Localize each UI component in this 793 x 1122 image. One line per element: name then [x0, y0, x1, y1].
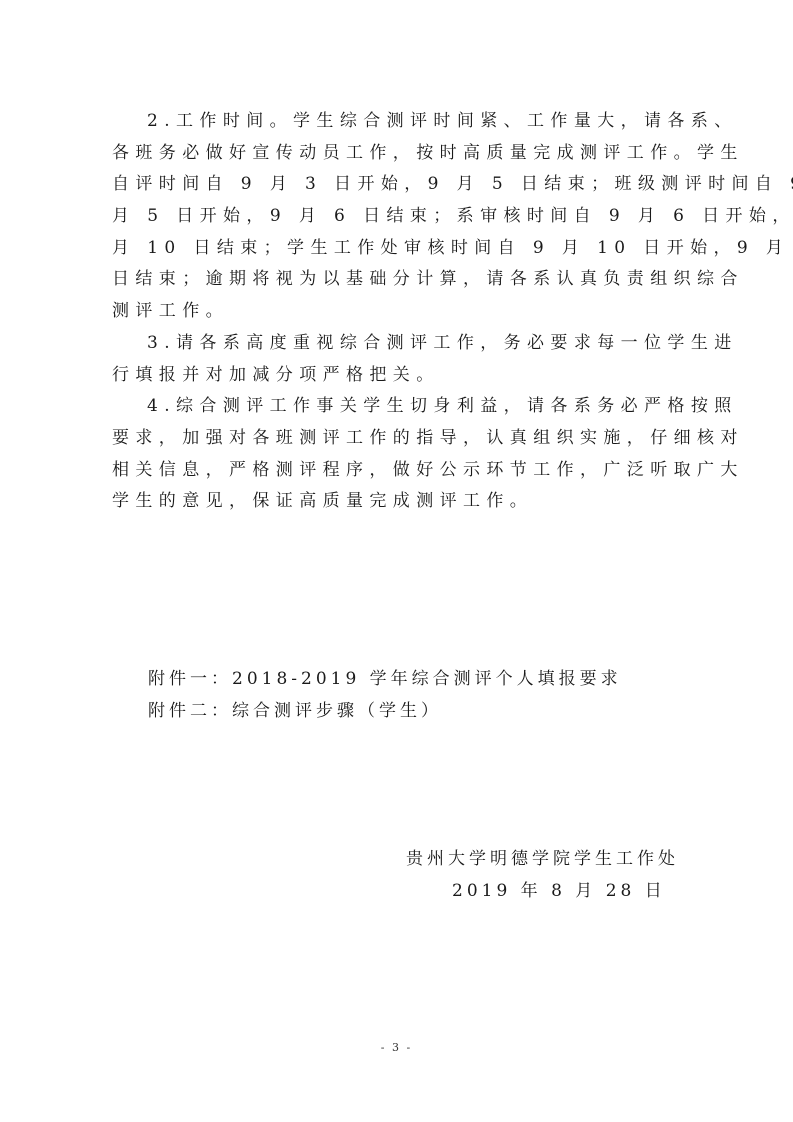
paragraph-item-2-line-5: 月 10 日结束；学生工作处审核时间自 9 月 10 日开始，9 月 12: [112, 233, 688, 265]
signature-organization: 贵州大学明德学院学生工作处: [406, 843, 706, 875]
paragraph-item-3-line-2: 行填报并对加减分项严格把关。: [112, 360, 688, 392]
paragraph-item-4-line-1: 4.综合测评工作事关学生切身利益，请各系务必严格按照: [112, 391, 688, 423]
paragraph-item-2-line-7: 测评工作。: [112, 296, 688, 328]
page-number: - 3 -: [0, 1041, 793, 1054]
paragraph-item-4-line-3: 相关信息，严格测评程序，做好公示环节工作，广泛听取广大: [112, 455, 688, 487]
document-page: 2.工作时间。学生综合测评时间紧、工作量大，请各系、 各班务必做好宣传动员工作，…: [0, 0, 793, 1122]
paragraph-item-3-line-1: 3.请各系高度重视综合测评工作，务必要求每一位学生进: [112, 328, 688, 360]
document-body: 2.工作时间。学生综合测评时间紧、工作量大，请各系、 各班务必做好宣传动员工作，…: [112, 106, 688, 518]
paragraph-item-2-line-3: 自评时间自 9 月 3 日开始，9 月 5 日结束；班级测评时间自 9: [112, 169, 688, 201]
attachments-list: 附件一：2018-2019 学年综合测评个人填报要求 附件二：综合测评步骤（学生…: [148, 663, 622, 727]
paragraph-item-4-line-2: 要求，加强对各班测评工作的指导，认真组织实施，仔细核对: [112, 423, 688, 455]
paragraph-item-2-line-1: 2.工作时间。学生综合测评时间紧、工作量大，请各系、: [112, 106, 688, 138]
paragraph-item-2-line-2: 各班务必做好宣传动员工作，按时高质量完成测评工作。学生: [112, 138, 688, 170]
paragraph-item-4-line-4: 学生的意见，保证高质量完成测评工作。: [112, 486, 688, 518]
signature-date: 2019 年 8 月 28 日: [406, 875, 706, 907]
signature-block: 贵州大学明德学院学生工作处 2019 年 8 月 28 日: [406, 843, 706, 907]
paragraph-item-2-line-4: 月 5 日开始，9 月 6 日结束；系审核时间自 9 月 6 日开始，9: [112, 201, 688, 233]
attachment-1: 附件一：2018-2019 学年综合测评个人填报要求: [148, 663, 622, 695]
paragraph-item-2-line-6: 日结束；逾期将视为以基础分计算，请各系认真负责组织综合: [112, 264, 688, 296]
attachment-2: 附件二：综合测评步骤（学生）: [148, 695, 622, 727]
